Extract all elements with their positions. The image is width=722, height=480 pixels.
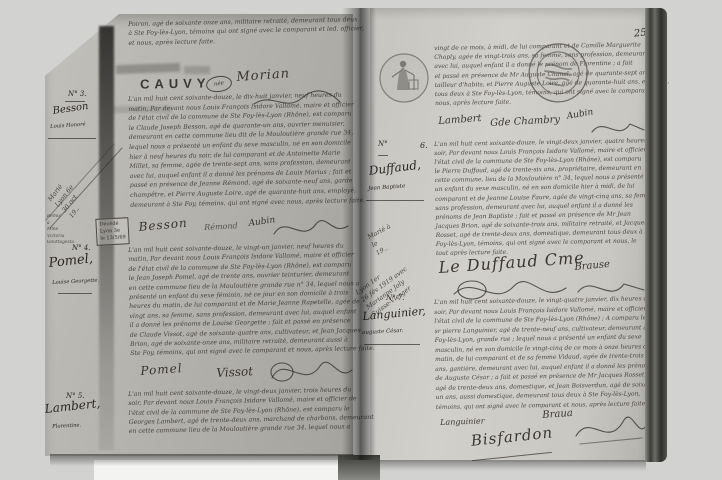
text-line: Victoria — [47, 234, 74, 241]
entry-3-text: L'an mil huit cent soixante-douze, le di… — [128, 90, 350, 210]
circular-ink-stamp — [523, 38, 595, 110]
text-line: Mme — [47, 227, 74, 234]
previous-entry-tail-text: Poiron, agé de soixante onze ans, milita… — [128, 15, 349, 47]
signature-flourish — [574, 410, 648, 450]
margin-entry-number: N° 3. — [68, 90, 87, 98]
header-oval-text: née — [214, 80, 225, 87]
signature: Pomel — [140, 361, 183, 378]
margin-dash — [378, 155, 388, 156]
left-page-bottom-shadow — [50, 454, 354, 466]
ink-bleed-mark — [184, 66, 210, 74]
page-stack-edge — [645, 8, 667, 462]
entry-6-text: L'an mil huit cent soixante-douze, le vi… — [434, 136, 642, 258]
revenue-figure-stamp — [378, 50, 432, 106]
scanned-register-spread: Poiron, agé de soixante onze ans, milita… — [0, 0, 722, 480]
signature: Braua — [542, 408, 573, 421]
margin-underline — [58, 293, 92, 294]
entry-4-text: L'an mil huit cent soixante-douze, le vi… — [128, 241, 352, 358]
margin-entry-number: N° 7. — [386, 294, 405, 302]
margin-side-note: RemisàMmeVictoriaGouttagesta — [47, 214, 74, 247]
entry-7-text: L'an mil huit cent soixante-douze, le vi… — [434, 294, 642, 412]
text-line: Gouttagesta — [47, 240, 74, 247]
text-line: le 13/5/69 — [100, 234, 126, 242]
signature-flourish — [272, 216, 350, 242]
header-surname: CAUVY — [140, 75, 211, 91]
right-page-bottom-shadow — [370, 460, 646, 471]
signature: Rémond — [204, 221, 238, 232]
text-line: à — [47, 221, 74, 228]
margin-entry-number: N° — [378, 140, 388, 148]
entry-number: 6. — [420, 141, 428, 150]
margin-dash — [48, 138, 96, 139]
entry-5-text: L'an mil huit cent soixante-douze, le vi… — [128, 385, 351, 436]
text-line: Remis — [47, 214, 74, 221]
margin-deceased-note: DécédéLyon 3ele 13/5/69 — [95, 217, 130, 246]
signature: Vissot — [216, 364, 253, 380]
signature: Languinier — [440, 416, 485, 427]
book-gutter — [342, 8, 376, 460]
